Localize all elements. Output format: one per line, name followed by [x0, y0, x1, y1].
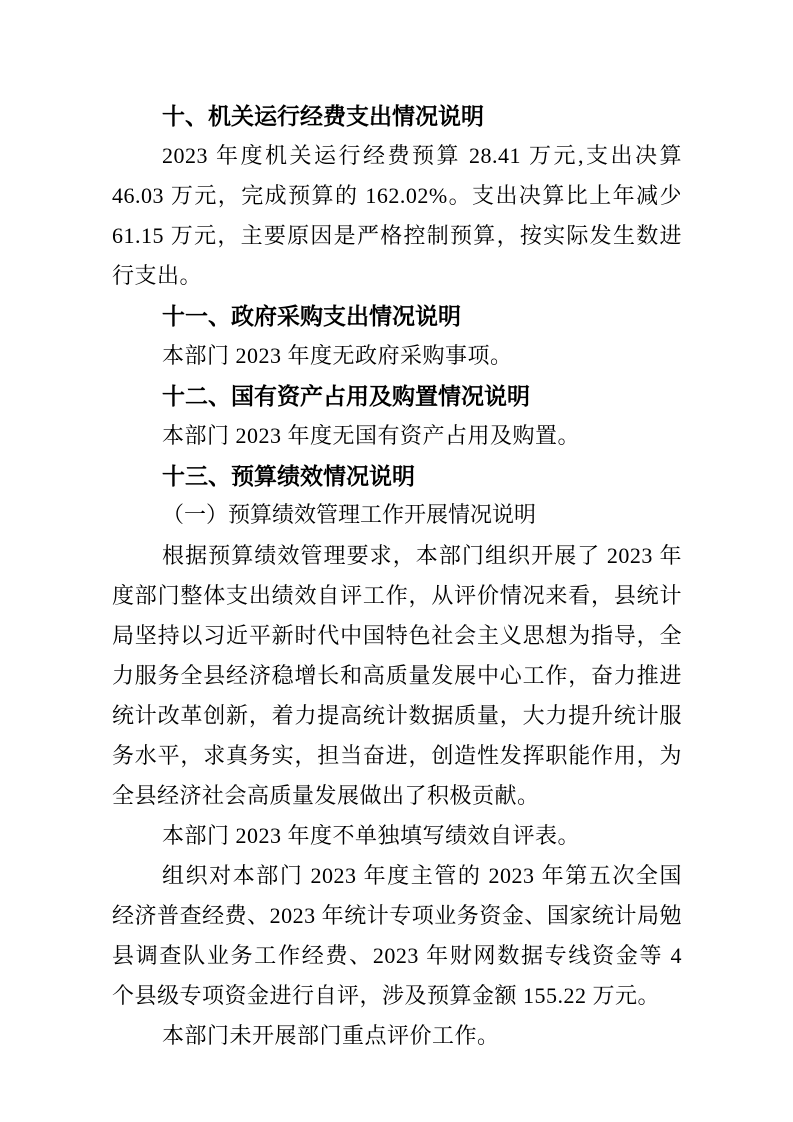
- section-11-paragraph: 本部门 2023 年度无政府采购事项。: [112, 336, 682, 376]
- section-13-paragraph-3: 组织对本部门 2023 年度主管的 2023 年第五次全国经济普查经费、2023…: [112, 856, 682, 1016]
- section-heading-10-operating-expenses: 十、机关运行经费支出情况说明: [112, 96, 682, 136]
- document-content: 十、机关运行经费支出情况说明 2023 年度机关运行经费预算 28.41 万元,…: [112, 96, 682, 1056]
- section-13-paragraph-2: 本部门 2023 年度不单独填写绩效自评表。: [112, 816, 682, 856]
- document-page: 十、机关运行经费支出情况说明 2023 年度机关运行经费预算 28.41 万元,…: [0, 0, 793, 1122]
- section-heading-13-budget-performance: 十三、预算绩效情况说明: [112, 456, 682, 496]
- section-12-paragraph: 本部门 2023 年度无国有资产占用及购置。: [112, 416, 682, 456]
- subsection-heading-performance-management: （一）预算绩效管理工作开展情况说明: [112, 496, 682, 536]
- section-10-paragraph: 2023 年度机关运行经费预算 28.41 万元,支出决算 46.03 万元，完…: [112, 136, 682, 296]
- section-heading-11-government-procurement: 十一、政府采购支出情况说明: [112, 296, 682, 336]
- section-13-paragraph-4: 本部门未开展部门重点评价工作。: [112, 1016, 682, 1056]
- section-heading-12-state-assets: 十二、国有资产占用及购置情况说明: [112, 376, 682, 416]
- section-13-paragraph-1: 根据预算绩效管理要求，本部门组织开展了 2023 年度部门整体支出绩效自评工作，…: [112, 536, 682, 816]
